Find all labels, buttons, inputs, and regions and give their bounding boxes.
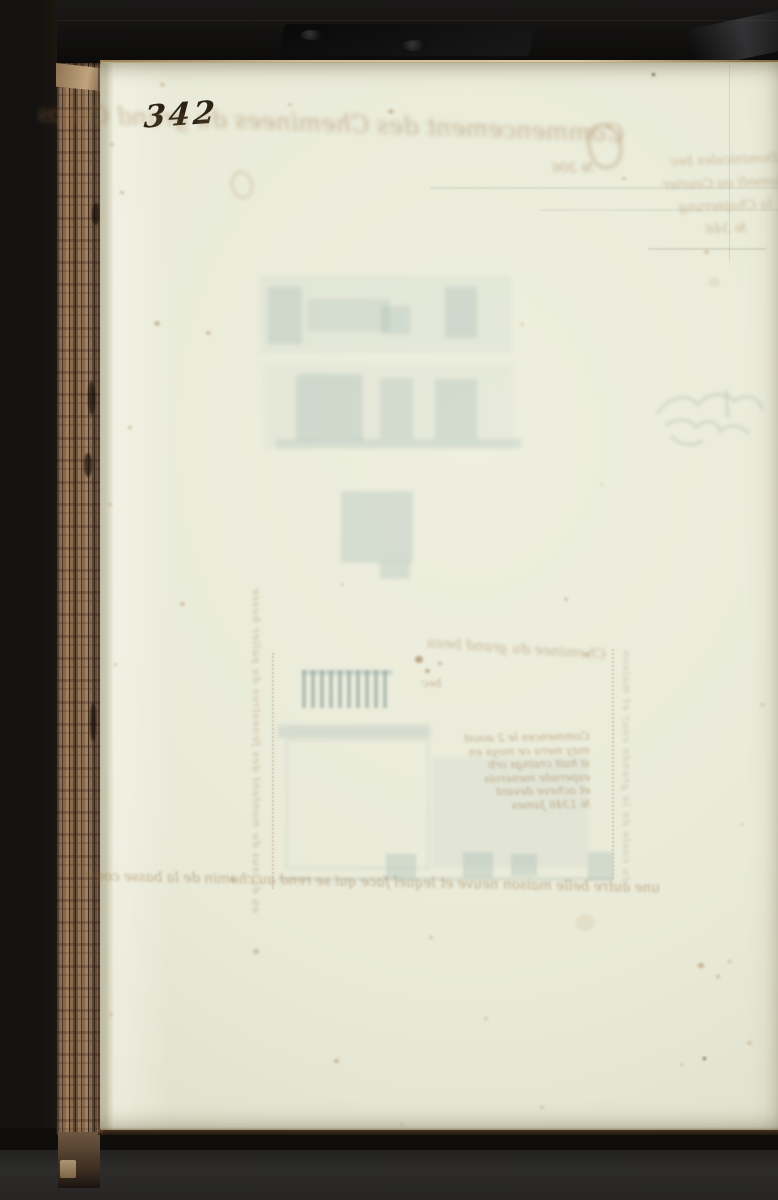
foxing-stain — [230, 878, 235, 882]
foxing-stains — [100, 63, 778, 1131]
table-edge-band — [0, 1150, 778, 1200]
foxing-stain — [716, 975, 720, 978]
foxing-stain — [438, 662, 442, 665]
foxing-stain — [698, 963, 704, 968]
foxing-stain — [484, 1017, 488, 1020]
backdrop-left — [0, 0, 57, 1200]
foxing-stain — [728, 960, 731, 963]
fore-edge-dark-spot — [84, 453, 92, 477]
foxing-stain — [708, 277, 720, 287]
cradle-screw-icon — [402, 40, 428, 51]
foxing-stain — [388, 109, 394, 114]
foxing-stain — [680, 1063, 684, 1066]
foxing-stain — [585, 653, 589, 656]
foxing-stain — [108, 503, 112, 506]
page-bottom-edge — [98, 1127, 778, 1135]
foxing-stain — [740, 823, 744, 826]
foxing-stain — [206, 331, 211, 335]
foxing-stain — [520, 323, 524, 326]
foxing-stain — [154, 321, 160, 326]
foxing-stain — [622, 177, 626, 180]
foxing-stain — [652, 73, 655, 76]
page-stack-bottom-tab — [60, 1160, 76, 1178]
foxing-stain — [564, 598, 568, 601]
foxing-stain — [109, 1013, 113, 1016]
foxing-stain — [400, 1123, 404, 1126]
foxing-stain — [128, 426, 132, 429]
foxing-stain — [110, 143, 114, 146]
foxing-stain — [334, 1059, 339, 1063]
manuscript-page: 342 Commencement des Cheminees du grand … — [100, 62, 778, 1130]
cradle-screw-icon — [300, 30, 324, 40]
foxing-stain — [415, 656, 423, 663]
foxing-stain — [747, 1041, 752, 1045]
foxing-stain — [288, 103, 292, 106]
foxing-stain — [114, 663, 117, 666]
foxing-stain — [253, 949, 259, 954]
foxing-stain — [429, 936, 433, 939]
fore-edge-dark-spot — [88, 381, 95, 415]
foxing-stain — [160, 83, 165, 87]
foxing-stain — [120, 191, 124, 194]
foxing-stain — [575, 914, 595, 931]
digitized-page-photo: 342 Commencement des Cheminees du grand … — [0, 0, 778, 1200]
foxing-stain — [180, 602, 185, 606]
foxing-stain — [704, 250, 709, 254]
page-stack-fore-edge — [56, 63, 103, 1135]
foxing-stain — [760, 703, 765, 707]
foxing-stain — [540, 1106, 544, 1109]
scanner-seam-line — [0, 20, 778, 21]
foxing-stain — [340, 583, 344, 586]
foxing-stain — [600, 483, 604, 486]
foxing-stain — [425, 669, 430, 673]
fore-edge-dark-spot — [90, 703, 96, 741]
foxing-stain — [703, 1057, 706, 1060]
